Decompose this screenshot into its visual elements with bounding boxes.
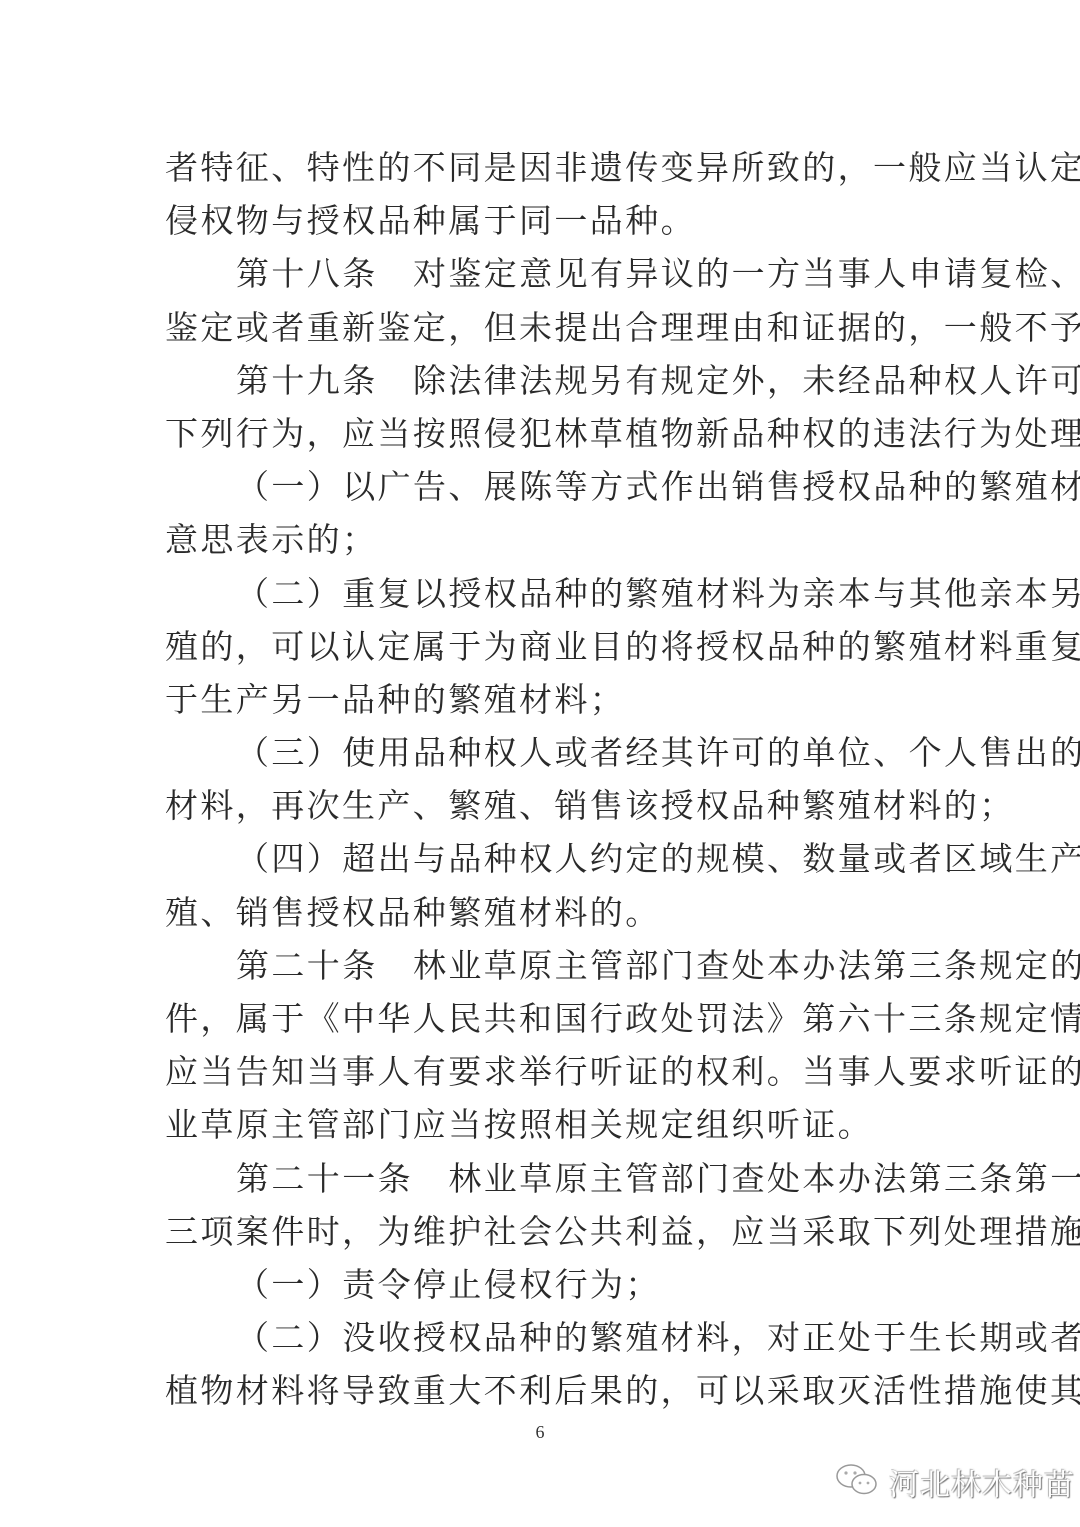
page-number: 6 (0, 1422, 1080, 1443)
wechat-icon (835, 1462, 879, 1502)
text-line: （一）以广告、展陈等方式作出销售授权品种的繁殖材料的 (165, 460, 917, 513)
text-line: 第二十条 林业草原主管部门查处本办法第三条规定的案 (165, 939, 917, 992)
text-line: （一）责令停止侵权行为； (165, 1258, 917, 1311)
text-line: 第十九条 除法律法规另有规定外，未经品种权人许可实施 (165, 354, 917, 407)
text-line: （二）没收授权品种的繁殖材料，对正处于生长期或者销毁 (165, 1311, 917, 1364)
text-line: 于生产另一品种的繁殖材料； (165, 673, 917, 726)
text-line: （三）使用品种权人或者经其许可的单位、个人售出的繁殖 (165, 726, 917, 779)
text-line: 三项案件时，为维护社会公共利益，应当采取下列处理措施： (165, 1205, 917, 1258)
text-line: 鉴定或者重新鉴定，但未提出合理理由和证据的，一般不予准许。 (165, 301, 917, 354)
document-page: 者特征、特性的不同是因非遗传变异所致的，一般应当认定被控侵权物与授权品种属于同一… (165, 141, 917, 1418)
watermark: 河北林木种苗 (835, 1462, 1075, 1502)
text-line: （二）重复以授权品种的繁殖材料为亲本与其他亲本另行繁 (165, 567, 917, 620)
text-line: 业草原主管部门应当按照相关规定组织听证。 (165, 1098, 917, 1151)
text-line: 下列行为，应当按照侵犯林草植物新品种权的违法行为处理： (165, 407, 917, 460)
text-line: 第十八条 对鉴定意见有异议的一方当事人申请复检、补充 (165, 247, 917, 300)
watermark-text: 河北林木种苗 (889, 1460, 1075, 1504)
text-line: 者特征、特性的不同是因非遗传变异所致的，一般应当认定被控 (165, 141, 917, 194)
text-line: 件，属于《中华人民共和国行政处罚法》第六十三条规定情形的， (165, 992, 917, 1045)
text-line: （四）超出与品种权人约定的规模、数量或者区域生产、繁 (165, 832, 917, 885)
text-line: 殖、销售授权品种繁殖材料的。 (165, 886, 917, 939)
text-line: 材料，再次生产、繁殖、销售该授权品种繁殖材料的； (165, 779, 917, 832)
text-line: 第二十一条 林业草原主管部门查处本办法第三条第一至 (165, 1152, 917, 1205)
text-line: 侵权物与授权品种属于同一品种。 (165, 194, 917, 247)
text-line: 意思表示的； (165, 513, 917, 566)
text-line: 植物材料将导致重大不利后果的，可以采取灭活性措施使其不能 (165, 1364, 917, 1417)
text-line: 殖的，可以认定属于为商业目的将授权品种的繁殖材料重复使用 (165, 620, 917, 673)
text-line: 应当告知当事人有要求举行听证的权利。当事人要求听证的，林 (165, 1045, 917, 1098)
